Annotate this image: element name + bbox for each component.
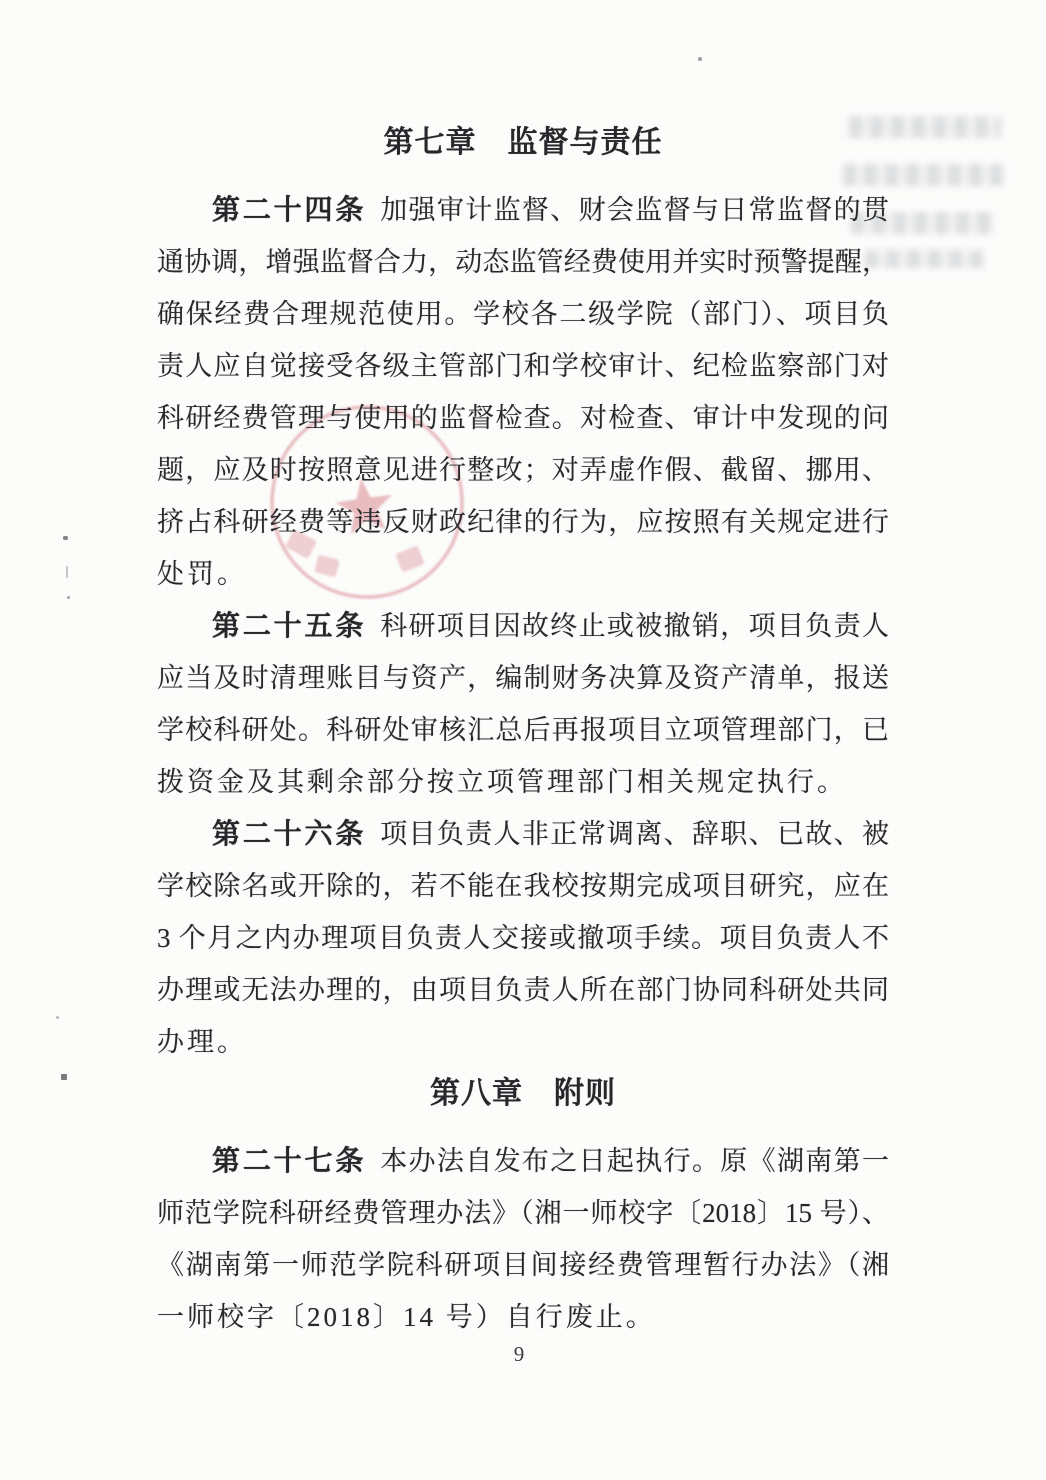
text-line: 责人应自觉接受各级主管部门和学校审计、纪检监察部门对: [157, 340, 889, 392]
text-line-content: 项目负责人非正常调离、辞职、已故、被: [380, 819, 889, 849]
text-line: 题，应及时按照意见进行整改；对弄虚作假、截留、挪用、: [157, 444, 889, 496]
article-number: 第二十四条: [212, 195, 366, 226]
article-number: 第二十七条: [212, 1146, 366, 1177]
article-number: 第二十六条: [212, 819, 366, 850]
text-line: 科研经费管理与使用的监督检查。对检查、审计中发现的问: [157, 392, 889, 444]
text-line: 第二十六条项目负责人非正常调离、辞职、已故、被: [157, 808, 889, 860]
text-line: 学校科研处。科研处审核汇总后再报项目立项管理部门，已: [157, 704, 889, 756]
text-line-content: 科研项目因故终止或被撤销，项目负责人: [380, 611, 889, 641]
article-number: 第二十五条: [212, 611, 366, 642]
text-line: 拨资金及其剩余部分按立项管理部门相关规定执行。: [157, 756, 889, 808]
chapter-heading: 第八章 附则: [157, 1068, 889, 1120]
scanned-document-page: 第七章 监督与责任第二十四条加强审计监督、财会监督与日常监督的贯通协调，增强监督…: [0, 0, 1046, 1480]
text-line: 办理或无法办理的，由项目负责人所在部门协同科研处共同: [157, 964, 889, 1016]
article-paragraph: 第二十六条项目负责人非正常调离、辞职、已故、被学校除名或开除的，若不能在我校按期…: [157, 808, 889, 1068]
ink-speck: [698, 57, 702, 61]
text-line: 第二十七条本办法自发布之日起执行。原《湖南第一: [157, 1135, 889, 1187]
text-line: 第二十五条科研项目因故终止或被撤销，项目负责人: [157, 600, 889, 652]
text-line: 处罚。: [157, 548, 889, 600]
page-number: 9: [0, 1342, 1038, 1366]
text-line: 挤占科研经费等违反财政纪律的行为，应按照有关规定进行: [157, 496, 889, 548]
ink-speck: [67, 596, 70, 599]
ink-speck: [66, 566, 68, 578]
ink-speck: [61, 1074, 67, 1080]
text-line: 确保经费合理规范使用。学校各二级学院（部门）、项目负: [157, 288, 889, 340]
article-paragraph: 第二十四条加强审计监督、财会监督与日常监督的贯通协调，增强监督合力，动态监管经费…: [157, 184, 889, 600]
text-line: 3 个月之内办理项目负责人交接或撤项手续。项目负责人不: [157, 912, 889, 964]
text-line: 应当及时清理账目与资产，编制财务决算及资产清单，报送: [157, 652, 889, 704]
text-line: 办理。: [157, 1016, 889, 1068]
text-line-content: 加强审计监督、财会监督与日常监督的贯: [380, 195, 889, 225]
ink-speck: [63, 536, 68, 540]
text-line: 第二十四条加强审计监督、财会监督与日常监督的贯: [157, 184, 889, 236]
article-paragraph: 第二十五条科研项目因故终止或被撤销，项目负责人应当及时清理账目与资产，编制财务决…: [157, 600, 889, 808]
text-line: 一师校字〔2018〕14 号）自行废止。: [157, 1291, 889, 1343]
chapter-heading: 第七章 监督与责任: [157, 117, 889, 169]
text-line: 学校除名或开除的，若不能在我校按期完成项目研究，应在: [157, 860, 889, 912]
article-paragraph: 第二十七条本办法自发布之日起执行。原《湖南第一师范学院科研经费管理办法》（湘一师…: [157, 1135, 889, 1343]
text-line: 《湖南第一师范学院科研项目间接经费管理暂行办法》（湘: [157, 1239, 889, 1291]
document-content: 第七章 监督与责任第二十四条加强审计监督、财会监督与日常监督的贯通协调，增强监督…: [157, 117, 889, 1343]
text-line: 师范学院科研经费管理办法》（湘一师校字〔2018〕15 号）、: [157, 1187, 889, 1239]
ink-speck: [56, 1016, 59, 1019]
text-line-content: 本办法自发布之日起执行。原《湖南第一: [380, 1146, 889, 1176]
text-line: 通协调，增强监督合力，动态监管经费使用并实时预警提醒，: [157, 236, 889, 288]
